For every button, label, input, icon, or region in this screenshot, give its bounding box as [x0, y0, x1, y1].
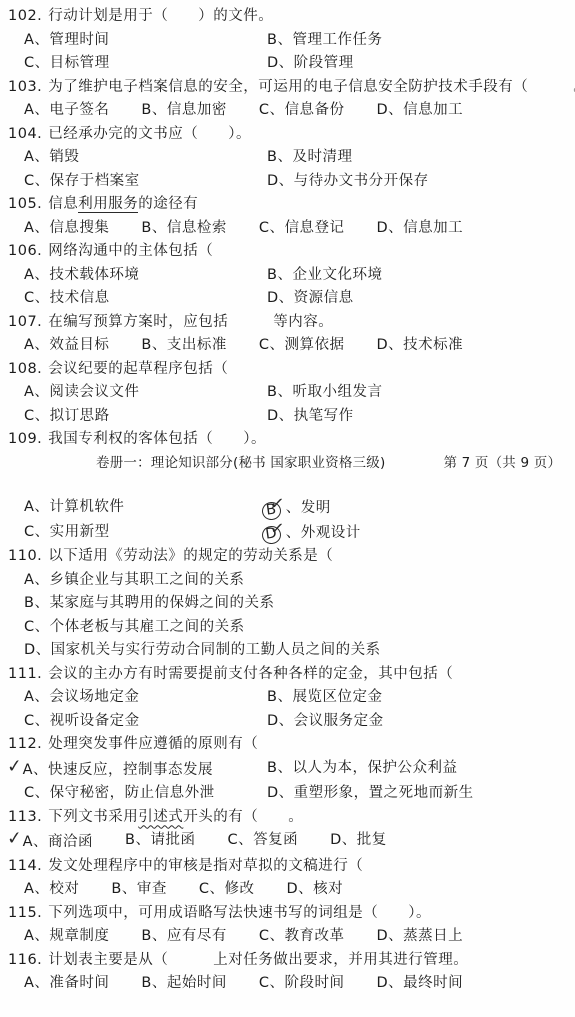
- option-separator: 、: [388, 102, 403, 118]
- option-letter: D: [267, 713, 279, 729]
- question-115: 115.下列选项中，可用成语略写法快速书写的词组是（ ）。A、规章制度B、应有尽…: [8, 902, 569, 949]
- option-separator: 、: [270, 337, 285, 353]
- option-text: 请批函: [150, 832, 195, 848]
- question-stem: 112.处理突发事件应遵循的原则有（: [8, 733, 569, 757]
- option-letter: C: [227, 832, 238, 848]
- option-separator: 、: [270, 975, 285, 991]
- option-letter: A: [24, 337, 34, 353]
- question-stem: 108.会议纪要的起草程序包括（: [8, 358, 569, 382]
- option-text: 技术标准: [403, 337, 463, 353]
- option-letter: B: [111, 881, 121, 897]
- option-letter: A: [24, 32, 34, 48]
- option-C: C、个体老板与其雇工之间的关系: [24, 616, 245, 640]
- option-separator: 、: [388, 220, 403, 236]
- option-text: 信息检索: [167, 220, 227, 236]
- question-stem-text: 信息: [48, 196, 78, 212]
- options-row: C、目标管理D、阶段管理: [8, 52, 569, 76]
- option-separator: 、: [277, 384, 292, 400]
- option-letter: C: [24, 408, 35, 424]
- option-A: A、会议场地定金: [24, 686, 267, 710]
- option-text: 规章制度: [49, 928, 109, 944]
- option-A: A、阅读会议文件: [24, 381, 267, 405]
- option-text: 重塑形象，置之死地而新生: [294, 785, 474, 801]
- option-separator: 、: [34, 572, 49, 588]
- option-letter: D: [330, 832, 342, 848]
- option-text: 目标管理: [50, 55, 110, 71]
- question-stem-text: 在编写预算方案时，应包括 等内容。: [48, 314, 333, 330]
- question-stem-text: 为了维护电子档案信息的安全，可运用的电子信息安全防护技术手段有（ 。: [48, 79, 575, 95]
- option-B: B✓、发明: [267, 496, 569, 521]
- option-separator: 、: [34, 220, 49, 236]
- option-text: 电子签名: [49, 102, 109, 118]
- question-stem-underlined-text: 利用服务: [78, 196, 138, 213]
- option-text: 技术信息: [50, 290, 110, 306]
- option-letter: B: [267, 267, 277, 283]
- option-text: 信息加工: [403, 102, 463, 118]
- option-separator: 、: [122, 881, 137, 897]
- option-C: C、教育改革: [259, 925, 345, 949]
- option-text: 核对: [313, 881, 343, 897]
- option-C: C、目标管理: [24, 52, 267, 76]
- question-stem-text: 行动计划是用于（ ）的文件。: [48, 8, 273, 24]
- question-109: 109.我国专利权的客体包括（ ）。卷册一：理论知识部分(秘书 国家职业资格三级…: [8, 428, 569, 545]
- option-text: 技术载体环境: [49, 267, 139, 283]
- option-text: 信息加密: [167, 102, 227, 118]
- question-stem: 110.以下适用《劳动法》的规定的劳动关系是（: [8, 545, 569, 569]
- question-stem-text: 下列文书采用: [48, 809, 138, 825]
- question-number: 102.: [8, 8, 42, 24]
- option-separator: 、: [277, 32, 292, 48]
- options-row: C、技术信息D、资源信息: [8, 287, 569, 311]
- option-letter: D: [287, 881, 299, 897]
- option-letter: D: [267, 173, 279, 189]
- options-row: ✓A、快速反应，控制事态发展B、以人为本，保护公众利益: [8, 757, 569, 783]
- options-row: C、个体老板与其雇工之间的关系: [8, 616, 569, 640]
- option-separator: 、: [277, 689, 292, 705]
- option-separator: 、: [388, 928, 403, 944]
- option-D: D、与待办文书分开保存: [267, 170, 569, 194]
- option-B: B、审查: [111, 878, 166, 902]
- option-letter: B: [141, 102, 151, 118]
- option-letter: A: [23, 834, 33, 850]
- option-D: D、信息加工: [377, 99, 464, 123]
- option-letter: C: [24, 713, 35, 729]
- option-letter: C: [259, 975, 270, 991]
- option-separator: 、: [35, 173, 50, 189]
- option-letter: B: [125, 832, 135, 848]
- option-text: 阶段管理: [294, 55, 354, 71]
- option-B: B、信息检索: [141, 217, 226, 241]
- option-letter: B: [141, 928, 151, 944]
- options-row: C、视听设备定金D、会议服务定金: [8, 710, 569, 734]
- option-letter: B: [267, 760, 277, 776]
- option-D: D✓、外观设计: [267, 521, 569, 546]
- question-stem: 104.已经承办完的文书应（ ）。: [8, 123, 569, 147]
- option-separator: 、: [34, 267, 49, 283]
- option-separator: 、: [388, 337, 403, 353]
- option-separator: 、: [270, 928, 285, 944]
- option-separator: 、: [152, 102, 167, 118]
- question-stem: 111.会议的主办方有时需要提前支付各种各样的定金，其中包括（: [8, 663, 569, 687]
- option-separator: 、: [152, 220, 167, 236]
- question-110: 110.以下适用《劳动法》的规定的劳动关系是（A、乡镇企业与其职工之间的关系B、…: [8, 545, 569, 663]
- option-separator: 、: [152, 337, 167, 353]
- option-D: D、核对: [287, 878, 344, 902]
- option-text: 蒸蒸日上: [403, 928, 463, 944]
- question-stem-text: 处理突发事件应遵循的原则有（: [48, 736, 258, 752]
- option-text: 企业文化环境: [292, 267, 382, 283]
- option-text: 发明: [301, 500, 331, 516]
- option-text: 个体老板与其雇工之间的关系: [50, 619, 245, 635]
- option-C: C、修改: [199, 878, 255, 902]
- option-letter: D: [267, 408, 279, 424]
- question-stem-text: 已经承办完的文书应（ ）。: [48, 126, 251, 142]
- question-stem: 106.网络沟通中的主体包括（: [8, 240, 569, 264]
- question-107: 107.在编写预算方案时，应包括 等内容。A、效益目标B、支出标准C、测算依据D…: [8, 311, 569, 358]
- option-separator: 、: [286, 500, 301, 516]
- option-letter: A: [24, 267, 34, 283]
- option-D: D、阶段管理: [267, 52, 569, 76]
- option-text: 快速反应，控制事态发展: [48, 762, 213, 778]
- question-number: 115.: [8, 905, 42, 921]
- option-separator: 、: [279, 290, 294, 306]
- option-D: D、会议服务定金: [267, 710, 569, 734]
- option-A: A、电子签名: [24, 99, 109, 123]
- options-row: A、管理时间B、管理工作任务: [8, 29, 569, 53]
- option-A: A、计算机软件: [24, 496, 267, 521]
- option-letter: B: [24, 595, 34, 611]
- option-text: 准备时间: [49, 975, 109, 991]
- option-C: C、答复函: [227, 829, 298, 855]
- question-112: 112.处理突发事件应遵循的原则有（✓A、快速反应，控制事态发展B、以人为本，保…: [8, 733, 569, 806]
- option-text: 起始时间: [167, 975, 227, 991]
- question-number: 103.: [8, 79, 42, 95]
- option-text: 教育改革: [285, 928, 345, 944]
- option-C: C、信息备份: [259, 99, 345, 123]
- handwritten-check-icon: ✓: [269, 517, 286, 542]
- question-113: 113.下列文书采用引述式开头的有（ 。✓A、商洽函B、请批函C、答复函D、批复: [8, 806, 569, 855]
- option-separator: 、: [34, 928, 49, 944]
- option-separator: 、: [36, 642, 51, 658]
- question-stem-text: 发文处理程序中的审核是指对草拟的文稿进行（: [48, 858, 363, 874]
- option-B: B、应有尽有: [141, 925, 226, 949]
- question-stem-text-after: 的途径有: [138, 196, 198, 212]
- handwritten-check-icon: ✓: [6, 754, 23, 779]
- option-separator: 、: [210, 881, 225, 897]
- option-A: A、技术载体环境: [24, 264, 267, 288]
- question-number: 113.: [8, 809, 42, 825]
- option-C: C、信息登记: [259, 217, 345, 241]
- question-102: 102.行动计划是用于（ ）的文件。A、管理时间B、管理工作任务C、目标管理D、…: [8, 5, 569, 76]
- option-text: 国家机关与实行劳动合同制的工勤人员之间的关系: [51, 642, 381, 658]
- options-row: A、会议场地定金B、展览区位定金: [8, 686, 569, 710]
- option-text: 测算依据: [285, 337, 345, 353]
- options-row: A、电子签名B、信息加密C、信息备份D、信息加工: [8, 99, 569, 123]
- option-separator: 、: [342, 832, 357, 848]
- options-row: A、销毁B、及时清理: [8, 146, 569, 170]
- question-number: 108.: [8, 361, 42, 377]
- question-106: 106.网络沟通中的主体包括（A、技术载体环境B、企业文化环境C、技术信息D、资…: [8, 240, 569, 311]
- question-number: 110.: [8, 548, 42, 564]
- question-stem-text-after: 开头的有（ 。: [183, 809, 303, 825]
- page-footer: 卷册一：理论知识部分(秘书 国家职业资格三级)第 7 页（共 9 页）: [96, 452, 569, 476]
- option-separator: 、: [34, 32, 49, 48]
- option-text: 阶段时间: [285, 975, 345, 991]
- option-text: 支出标准: [167, 337, 227, 353]
- option-text: 审查: [137, 881, 167, 897]
- option-text: 视听设备定金: [50, 713, 140, 729]
- handwritten-check-icon: ✓: [269, 492, 286, 517]
- option-A: ✓A、快速反应，控制事态发展: [24, 757, 267, 783]
- option-text: 修改: [225, 881, 255, 897]
- option-separator: 、: [35, 408, 50, 424]
- option-text: 听取小组发言: [292, 384, 382, 400]
- option-C: C、实用新型: [24, 521, 267, 546]
- question-stem: 105.信息利用服务的途径有: [8, 193, 569, 217]
- option-D: D、最终时间: [377, 972, 464, 996]
- option-letter: D: [377, 928, 389, 944]
- option-separator: 、: [279, 713, 294, 729]
- option-separator: 、: [286, 525, 301, 541]
- question-stem-text: 我国专利权的客体包括（ ）。: [48, 431, 266, 447]
- option-separator: 、: [33, 762, 48, 778]
- question-114: 114.发文处理程序中的审核是指对草拟的文稿进行（A、校对B、审查C、修改D、核…: [8, 855, 569, 902]
- option-D: D、重塑形象，置之死地而新生: [267, 782, 569, 806]
- option-letter: C: [24, 619, 35, 635]
- option-text: 实用新型: [50, 524, 110, 540]
- option-letter: C: [199, 881, 210, 897]
- option-text: 及时清理: [292, 149, 352, 165]
- question-111: 111.会议的主办方有时需要提前支付各种各样的定金，其中包括（A、会议场地定金B…: [8, 663, 569, 734]
- option-letter: C: [24, 173, 35, 189]
- option-separator: 、: [152, 928, 167, 944]
- option-letter: A: [23, 762, 33, 778]
- option-separator: 、: [388, 975, 403, 991]
- option-text: 应有尽有: [167, 928, 227, 944]
- question-number: 109.: [8, 431, 42, 447]
- option-text: 某家庭与其聘用的保姆之间的关系: [49, 595, 274, 611]
- option-A: A、校对: [24, 878, 79, 902]
- options-row: ✓A、商洽函B、请批函C、答复函D、批复: [8, 829, 569, 855]
- option-text: 乡镇企业与其职工之间的关系: [49, 572, 244, 588]
- option-text: 最终时间: [403, 975, 463, 991]
- options-row: A、技术载体环境B、企业文化环境: [8, 264, 569, 288]
- question-number: 106.: [8, 243, 42, 259]
- option-text: 资源信息: [294, 290, 354, 306]
- option-letter: A: [24, 928, 34, 944]
- option-D: D、批复: [330, 829, 387, 855]
- option-text: 保守秘密，防止信息外泄: [50, 785, 215, 801]
- option-B: B、某家庭与其聘用的保姆之间的关系: [24, 592, 274, 616]
- option-A: ✓A、商洽函: [24, 829, 93, 855]
- option-text: 管理工作任务: [292, 32, 382, 48]
- option-letter: D: [377, 337, 389, 353]
- question-stem: 107.在编写预算方案时，应包括 等内容。: [8, 311, 569, 335]
- option-letter: C: [24, 290, 35, 306]
- options-row: D、国家机关与实行劳动合同制的工勤人员之间的关系: [8, 639, 569, 663]
- option-B: B、企业文化环境: [267, 264, 569, 288]
- options-row: A、效益目标B、支出标准C、测算依据D、技术标准: [8, 334, 569, 358]
- question-stem: 109.我国专利权的客体包括（ ）。: [8, 428, 569, 452]
- question-116: 116.计划表主要是从（ 上对任务做出要求，并用其进行管理。A、准备时间B、起始…: [8, 949, 569, 996]
- option-separator: 、: [34, 881, 49, 897]
- option-letter: A: [24, 689, 34, 705]
- option-D: D、国家机关与实行劳动合同制的工勤人员之间的关系: [24, 639, 381, 663]
- option-D: D、技术标准: [377, 334, 464, 358]
- question-stem-text: 以下适用《劳动法》的规定的劳动关系是（: [48, 548, 333, 564]
- question-stem-underlined-text: 引述式: [138, 809, 183, 825]
- option-A: A、乡镇企业与其职工之间的关系: [24, 569, 244, 593]
- option-separator: 、: [34, 499, 49, 515]
- option-letter: D: [267, 290, 279, 306]
- option-C: C、拟订思路: [24, 405, 267, 429]
- option-C: C、视听设备定金: [24, 710, 267, 734]
- option-A: A、销毁: [24, 146, 267, 170]
- option-B: B、展览区位定金: [267, 686, 569, 710]
- option-letter: C: [24, 55, 35, 71]
- option-separator: 、: [35, 619, 50, 635]
- option-letter: B: [267, 149, 277, 165]
- options-row: C、实用新型D✓、外观设计: [8, 521, 569, 546]
- option-separator: 、: [277, 760, 292, 776]
- option-separator: 、: [35, 524, 50, 540]
- options-row: A、乡镇企业与其职工之间的关系: [8, 569, 569, 593]
- options-row: C、拟订思路D、执笔写作: [8, 405, 569, 429]
- option-text: 拟订思路: [50, 408, 110, 424]
- question-stem: 116.计划表主要是从（ 上对任务做出要求，并用其进行管理。: [8, 949, 569, 973]
- option-letter: C: [259, 220, 270, 236]
- option-text: 计算机软件: [49, 499, 124, 515]
- option-separator: 、: [35, 713, 50, 729]
- options-row: B、某家庭与其聘用的保姆之间的关系: [8, 592, 569, 616]
- exam-page: 102.行动计划是用于（ ）的文件。A、管理时间B、管理工作任务C、目标管理D、…: [0, 0, 575, 996]
- option-separator: 、: [35, 55, 50, 71]
- footer-page-number: 第 7 页（共 9 页）: [443, 452, 561, 476]
- option-text: 管理时间: [49, 32, 109, 48]
- question-number: 111.: [8, 666, 42, 682]
- option-separator: 、: [298, 881, 313, 897]
- option-text: 会议服务定金: [294, 713, 384, 729]
- option-B: B、支出标准: [141, 334, 226, 358]
- options-row: A、信息搜集B、信息检索C、信息登记D、信息加工: [8, 217, 569, 241]
- option-A: A、效益目标: [24, 334, 109, 358]
- question-stem: 102.行动计划是用于（ ）的文件。: [8, 5, 569, 29]
- option-A: A、规章制度: [24, 925, 109, 949]
- option-separator: 、: [270, 102, 285, 118]
- options-row: C、保守秘密，防止信息外泄D、重塑形象，置之死地而新生: [8, 782, 569, 806]
- option-text: 校对: [49, 881, 79, 897]
- question-stem-text: 会议的主办方有时需要提前支付各种各样的定金，其中包括（: [48, 666, 453, 682]
- option-text: 外观设计: [301, 525, 361, 541]
- option-text: 展览区位定金: [292, 689, 382, 705]
- question-stem: 103.为了维护电子档案信息的安全，可运用的电子信息安全防护技术手段有（ 。: [8, 76, 569, 100]
- option-separator: 、: [34, 149, 49, 165]
- option-letter: D: [267, 55, 279, 71]
- option-C: C、测算依据: [259, 334, 345, 358]
- option-letter: A: [24, 881, 34, 897]
- option-letter: B: [267, 384, 277, 400]
- question-104: 104.已经承办完的文书应（ ）。A、销毁B、及时清理C、保存于档案室D、与待办…: [8, 123, 569, 194]
- option-text: 会议场地定金: [49, 689, 139, 705]
- option-letter: C: [259, 928, 270, 944]
- option-letter: A: [24, 102, 34, 118]
- question-108: 108.会议纪要的起草程序包括（A、阅读会议文件B、听取小组发言C、拟订思路D、…: [8, 358, 569, 429]
- question-number: 114.: [8, 858, 42, 874]
- options-row: C、保存于档案室D、与待办文书分开保存: [8, 170, 569, 194]
- question-103: 103.为了维护电子档案信息的安全，可运用的电子信息安全防护技术手段有（ 。A、…: [8, 76, 569, 123]
- option-A: A、信息搜集: [24, 217, 109, 241]
- option-D: D、蒸蒸日上: [377, 925, 464, 949]
- option-B: B、信息加密: [141, 99, 226, 123]
- option-D: D、信息加工: [377, 217, 464, 241]
- option-separator: 、: [35, 290, 50, 306]
- question-number: 104.: [8, 126, 42, 142]
- options-row: A、阅读会议文件B、听取小组发言: [8, 381, 569, 405]
- option-letter: A: [24, 149, 34, 165]
- option-B: B、管理工作任务: [267, 29, 569, 53]
- option-letter: A: [24, 975, 34, 991]
- option-B: B、以人为本，保护公众利益: [267, 757, 569, 783]
- question-105: 105.信息利用服务的途径有A、信息搜集B、信息检索C、信息登记D、信息加工: [8, 193, 569, 240]
- question-stem-text: 会议纪要的起草程序包括（: [48, 361, 228, 377]
- option-separator: 、: [135, 832, 150, 848]
- option-A: A、管理时间: [24, 29, 267, 53]
- option-text: 答复函: [253, 832, 298, 848]
- option-D: D、执笔写作: [267, 405, 569, 429]
- question-stem-text: 计划表主要是从（ 上对任务做出要求，并用其进行管理。: [48, 952, 468, 968]
- question-stem-text: 网络沟通中的主体包括（: [48, 243, 213, 259]
- option-letter: B: [141, 975, 151, 991]
- option-separator: 、: [277, 267, 292, 283]
- options-row: A、规章制度B、应有尽有C、教育改革D、蒸蒸日上: [8, 925, 569, 949]
- option-letter: B: [267, 689, 277, 705]
- option-letter: A: [24, 572, 34, 588]
- question-number: 105.: [8, 196, 42, 212]
- option-separator: 、: [34, 595, 49, 611]
- option-separator: 、: [34, 337, 49, 353]
- option-letter: A: [24, 384, 34, 400]
- option-separator: 、: [34, 384, 49, 400]
- option-separator: 、: [279, 408, 294, 424]
- option-separator: 、: [279, 173, 294, 189]
- option-separator: 、: [279, 785, 294, 801]
- question-stem: 114.发文处理程序中的审核是指对草拟的文稿进行（: [8, 855, 569, 879]
- option-text: 销毁: [49, 149, 79, 165]
- option-letter: D: [377, 102, 389, 118]
- option-letter: C: [24, 524, 35, 540]
- option-text: 信息加工: [403, 220, 463, 236]
- option-separator: 、: [33, 834, 48, 850]
- option-text: 阅读会议文件: [49, 384, 139, 400]
- option-B: B、起始时间: [141, 972, 226, 996]
- option-text: 保存于档案室: [50, 173, 140, 189]
- question-stem: 115.下列选项中，可用成语略写法快速书写的词组是（ ）。: [8, 902, 569, 926]
- option-separator: 、: [34, 975, 49, 991]
- footer-booklet-title: 卷册一：理论知识部分(秘书 国家职业资格三级): [96, 452, 385, 476]
- option-letter: D: [377, 220, 389, 236]
- question-stem: 113.下列文书采用引述式开头的有（ 。: [8, 806, 569, 830]
- option-letter: D: [267, 785, 279, 801]
- option-A: A、准备时间: [24, 972, 109, 996]
- option-letter: B: [267, 32, 277, 48]
- option-C: C、技术信息: [24, 287, 267, 311]
- option-text: 与待办文书分开保存: [294, 173, 429, 189]
- options-row: A、校对B、审查C、修改D、核对: [8, 878, 569, 902]
- option-letter: C: [24, 785, 35, 801]
- option-letter: D: [377, 975, 389, 991]
- options-row: A、准备时间B、起始时间C、阶段时间D、最终时间: [8, 972, 569, 996]
- options-row: A、计算机软件B✓、发明: [8, 496, 569, 521]
